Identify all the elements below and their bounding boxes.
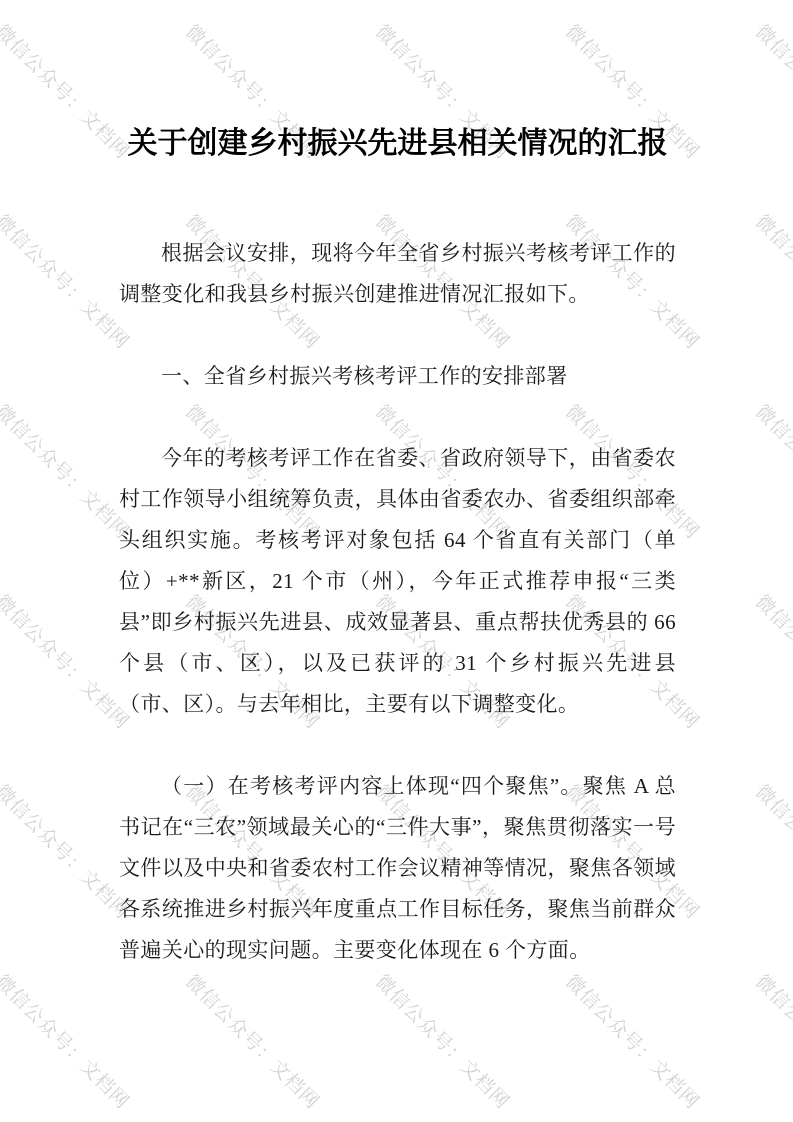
watermark-text: 微信公众号：文档网 (0, 22, 132, 163)
paragraph-arrangement: 今年的考核考评工作在省委、省政府领导下，由省委农村工作领导小组统筹负责，具体由省… (119, 438, 676, 725)
watermark-text: 微信公众号：文档网 (0, 402, 132, 543)
document-content: 关于创建乡村振兴先进县相关情况的汇报 根据会议安排，现将今年全省乡村振兴考核考评… (119, 0, 676, 971)
watermark-text: 微信公众号：文档网 (752, 22, 793, 163)
watermark-text: 微信公众号：文档网 (0, 972, 132, 1113)
document-page: 微信公众号：文档网微信公众号：文档网微信公众号：文档网微信公众号：文档网微信公众… (0, 0, 793, 1122)
paragraph-intro: 根据会议安排，现将今年全省乡村振兴考核考评工作的调整变化和我县乡村振兴创建推进情… (119, 233, 676, 315)
watermark-text: 微信公众号：文档网 (752, 212, 793, 353)
watermark-text: 微信公众号：文档网 (372, 972, 513, 1113)
watermark-text: 微信公众号：文档网 (182, 972, 323, 1113)
watermark-text: 微信公众号：文档网 (752, 972, 793, 1113)
watermark-text: 微信公众号：文档网 (752, 782, 793, 923)
watermark-text: 微信公众号：文档网 (0, 212, 132, 353)
watermark-text: 微信公众号：文档网 (562, 972, 703, 1113)
watermark-text: 微信公众号：文档网 (0, 782, 132, 923)
watermark-text: 微信公众号：文档网 (0, 592, 132, 733)
watermark-text: 微信公众号：文档网 (752, 592, 793, 733)
section-heading: 一、全省乡村振兴考核考评工作的安排部署 (119, 356, 676, 397)
paragraph-four-focus: （一）在考核考评内容上体现“四个聚焦”。聚焦 A 总书记在“三农”领域最关心的“… (119, 766, 676, 971)
watermark-text: 微信公众号：文档网 (752, 402, 793, 543)
document-title: 关于创建乡村振兴先进县相关情况的汇报 (119, 122, 676, 166)
